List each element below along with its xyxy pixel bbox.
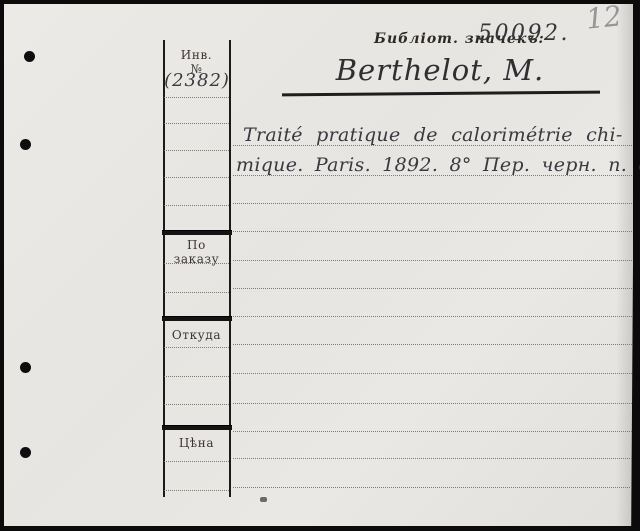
page-edge-shadow bbox=[616, 4, 633, 526]
dotted-rule-line bbox=[164, 404, 229, 405]
dotted-rule-line bbox=[233, 458, 632, 459]
section-divider-price bbox=[162, 425, 232, 430]
order-label: По заказу bbox=[163, 238, 230, 266]
dotted-rule-line bbox=[233, 344, 632, 345]
section-divider-origin bbox=[162, 316, 232, 321]
dotted-rule-line bbox=[233, 487, 632, 488]
punch-hole-1 bbox=[24, 51, 35, 62]
author-heading: Berthelot, M. bbox=[270, 53, 610, 87]
dotted-rule-line bbox=[164, 490, 229, 491]
scan-edge-top bbox=[0, 0, 640, 4]
dotted-rule-line bbox=[164, 150, 229, 151]
dotted-rule-line bbox=[233, 203, 632, 204]
dotted-rule-line bbox=[164, 461, 229, 462]
dotted-rule-line bbox=[233, 288, 632, 289]
dotted-rule-line bbox=[233, 316, 632, 317]
entry-line-1: Traité pratique de calorimétrie chi- bbox=[243, 124, 623, 146]
scan-edge-left bbox=[0, 0, 4, 531]
inventory-number-handwritten: (2382) bbox=[161, 70, 233, 91]
origin-label: Откуда bbox=[163, 328, 230, 342]
dotted-rule-line bbox=[233, 431, 632, 432]
dotted-rule-line bbox=[233, 373, 632, 374]
inventory-label-line1: Инв. bbox=[163, 48, 230, 62]
punch-hole-2 bbox=[20, 139, 31, 150]
price-label: Цѣна bbox=[163, 436, 230, 450]
library-stamp-number: 50092. bbox=[478, 21, 570, 46]
dotted-rule-line bbox=[164, 177, 229, 178]
dotted-rule-line bbox=[233, 231, 632, 232]
dotted-rule-line bbox=[164, 123, 229, 124]
entry-line-2: mique. Paris. 1892. 8° Пер. черн. п. саф… bbox=[236, 154, 640, 176]
section-divider-order bbox=[162, 230, 232, 235]
scan-edge-bottom bbox=[0, 526, 640, 531]
dotted-rule-line bbox=[164, 347, 229, 348]
dotted-rule-line bbox=[164, 292, 229, 293]
scanned-catalog-card: Инв. № (2382) По заказу Откуда Цѣна Библ… bbox=[0, 0, 640, 531]
ink-smudge bbox=[260, 497, 267, 502]
punch-hole-3 bbox=[20, 362, 31, 373]
dotted-rule-line bbox=[164, 97, 229, 98]
punch-hole-4 bbox=[20, 447, 31, 458]
dotted-rule-line bbox=[233, 403, 632, 404]
dotted-rule-line bbox=[233, 260, 632, 261]
dotted-rule-line bbox=[164, 376, 229, 377]
pencil-page-number: 12 bbox=[584, 0, 623, 36]
dotted-rule-line bbox=[164, 205, 229, 206]
